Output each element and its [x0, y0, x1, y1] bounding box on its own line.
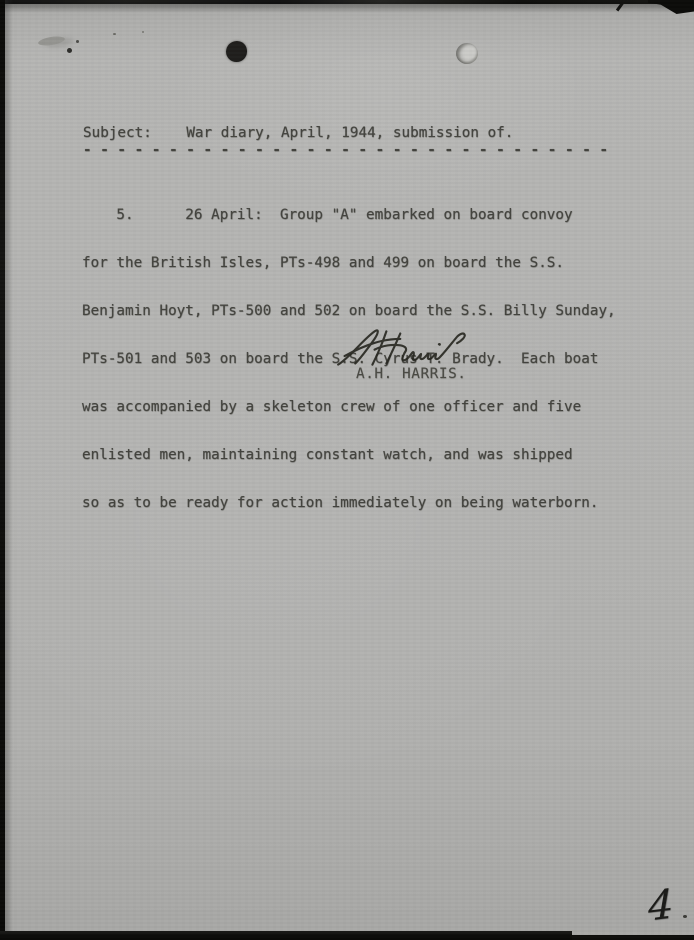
paragraph-line: so as to be ready for action immediately… [82, 495, 616, 511]
paragraph-line: Benjamin Hoyt, PTs-500 and 502 on board … [82, 303, 616, 319]
paragraph-line: for the British Isles, PTs-498 and 499 o… [82, 255, 616, 271]
scan-edge-bottom-bar [0, 931, 572, 940]
paragraph-line: was accompanied by a skeleton crew of on… [82, 399, 616, 415]
signature-block: A.H.Harris A.H. HARRIS. [336, 328, 506, 368]
subject-line: Subject: War diary, April, 1944, submiss… [83, 125, 513, 141]
handwritten-signature-scrawl [336, 328, 486, 368]
punch-hole-left [226, 41, 247, 62]
subject-value: War diary, April, 1944, submission of. [186, 125, 513, 141]
smudge-streak [38, 35, 66, 47]
ink-speck [76, 40, 79, 43]
typed-signature-name: A.H. HARRIS. [356, 366, 467, 382]
ink-speck [113, 33, 116, 35]
subject-label: Subject: [83, 125, 152, 141]
subject-gap [152, 125, 186, 141]
dashed-underline: - - - - - - - - - - - - - - - - - - - - … [83, 142, 608, 158]
handwritten-page-number: 4 [648, 879, 689, 930]
paragraph-line: 5. 26 April: Group "A" embarked on board… [82, 207, 616, 223]
pen-tick-mark [683, 915, 687, 918]
punch-hole-right [456, 43, 478, 64]
scan-edge-left-shadow [5, 0, 13, 940]
ink-speck [142, 31, 144, 33]
scan-edge-top-shadow [0, 4, 694, 13]
ink-speck [67, 48, 72, 53]
scanned-document-page: Subject: War diary, April, 1944, submiss… [0, 0, 694, 940]
paragraph-line: enlisted men, maintaining constant watch… [82, 447, 616, 463]
